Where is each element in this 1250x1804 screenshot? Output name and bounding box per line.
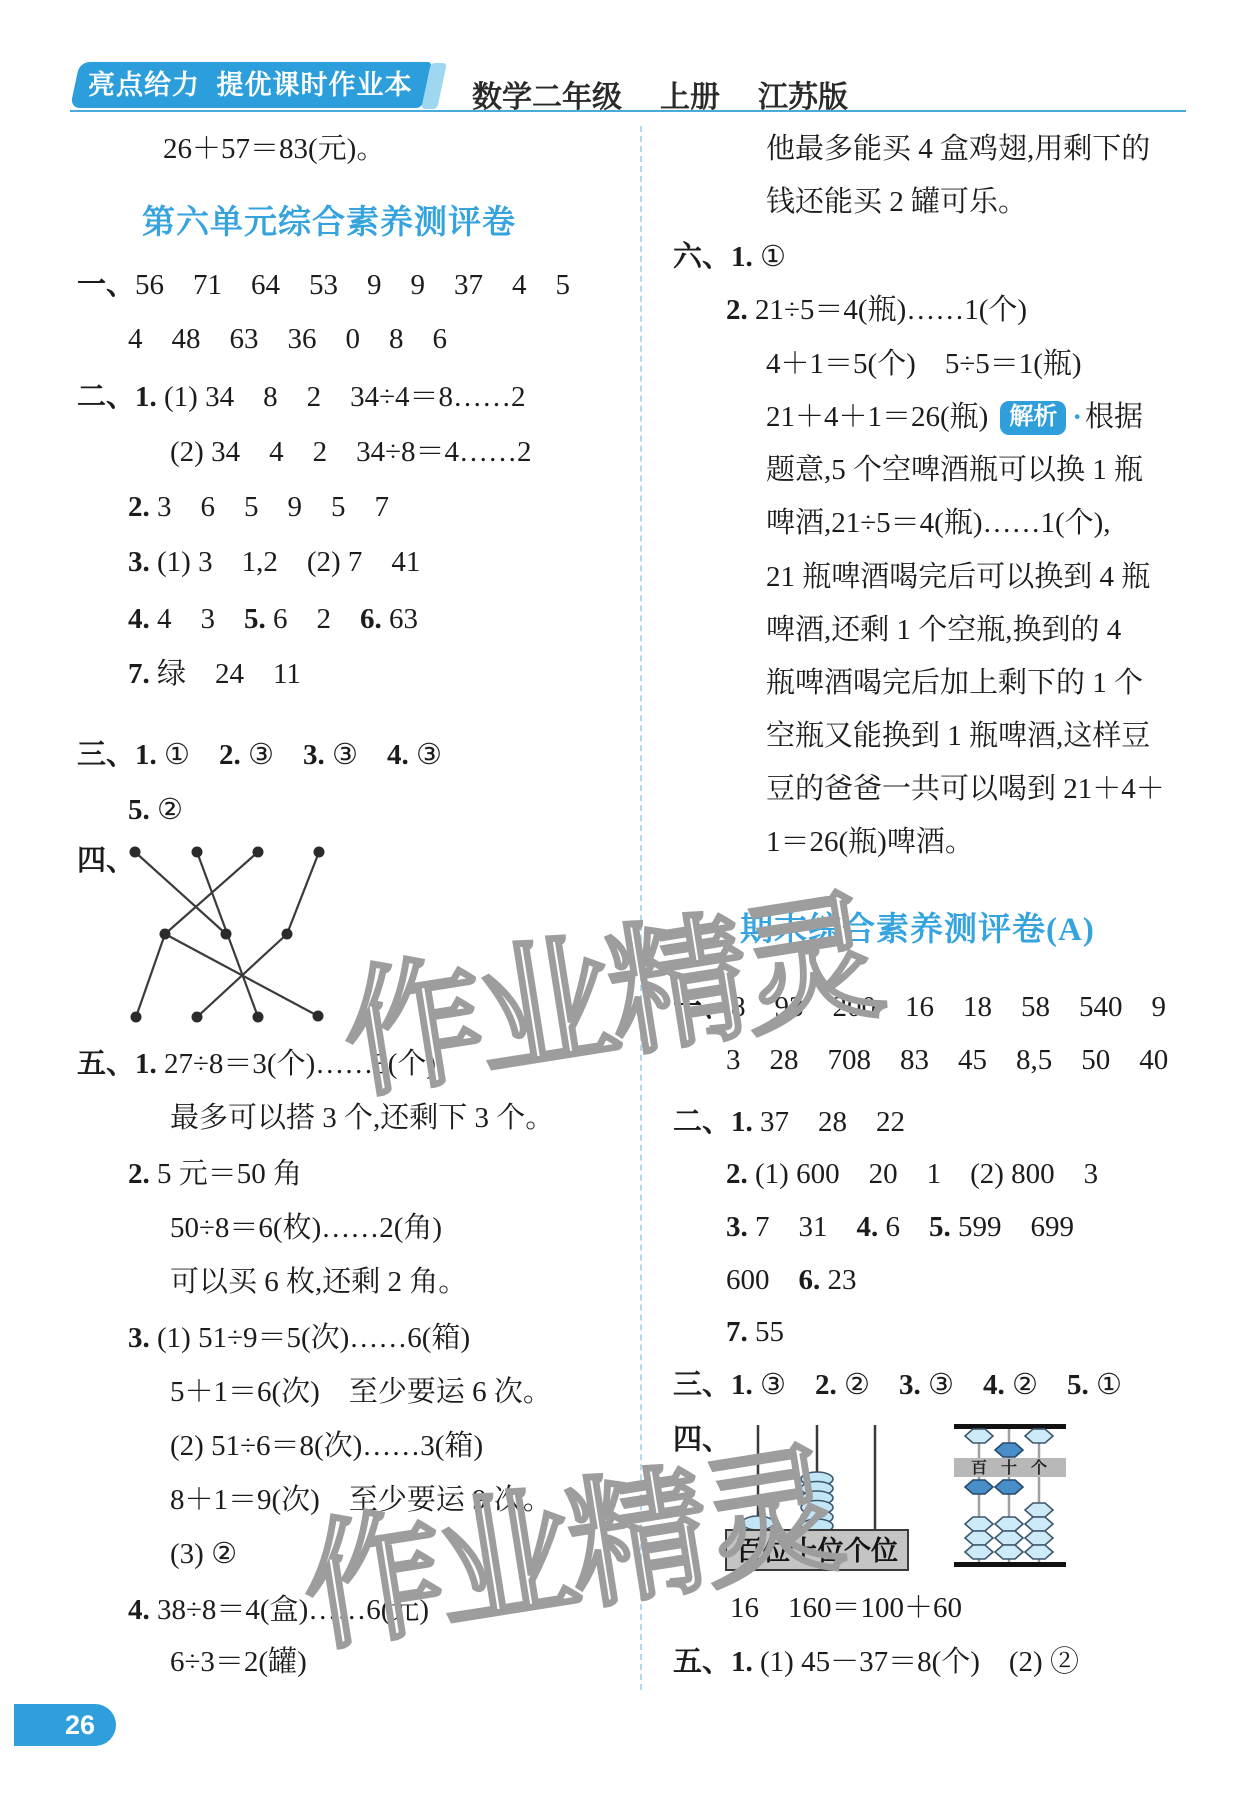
watermark-1: 作业精灵 (328, 844, 889, 1126)
answer-line: 1＝26(瓶)啤酒。 (766, 826, 974, 859)
page-number: 26 (65, 1710, 95, 1741)
section-heading-unit6: 第六单元综合素养测评卷 (142, 196, 516, 243)
answer-line: 最多可以搭 3 个,还剩下 3 个。 (170, 1102, 554, 1135)
counter-place-labels: 百位十位个位 (736, 1536, 898, 1566)
answer-line: 三、1. ③ 2. ② 3. ③ 4. ② 5. ① (673, 1369, 1122, 1402)
answer-line: 二、1. (1) 34 8 2 34÷4＝8……2 (77, 381, 526, 414)
answer-line: 六、1. ① (673, 241, 786, 274)
answer-line: 4. 38÷8＝4(盒)……6(元) (128, 1594, 429, 1627)
answer-line: 钱还能买 2 罐可乐。 (766, 186, 1027, 219)
answer-line: 21＋4＋1＝26(瓶)解析·根据 (766, 401, 1143, 435)
answer-line: 一、8 93 200 16 18 58 540 9 (673, 991, 1166, 1024)
answer-line: 四、 (77, 845, 135, 878)
edition-label: 江苏版 (758, 81, 848, 114)
answer-line: 3. (1) 3 1,2 (2) 7 41 (128, 546, 420, 579)
answer-line: 可以买 6 枚,还剩 2 角。 (170, 1266, 467, 1299)
answer-line: 7. 绿 24 11 (128, 658, 301, 691)
answer-line: 啤酒,21÷5＝4(瓶)……1(个), (766, 507, 1111, 540)
answer-line: 5＋1＝6(次) 至少要运 6 次。 (170, 1376, 552, 1409)
answer-line: 5. ② (128, 794, 183, 827)
book-subtitle: 数学二年级上册江苏版 (472, 72, 886, 116)
answer-line: (2) 51÷6＝8(次)……3(箱) (170, 1430, 483, 1463)
answer-line: 2. 21÷5＝4(瓶)……1(个) (726, 294, 1027, 327)
answer-line: 三、1. ① 2. ③ 3. ③ 4. ③ (77, 739, 442, 772)
answer-line: 3. (1) 51÷9＝5(次)……6(箱) (128, 1322, 470, 1355)
answer-line: 2. (1) 600 20 1 (2) 800 3 (726, 1158, 1098, 1191)
answer-line: 6÷3＝2(罐) (170, 1646, 307, 1679)
analysis-badge: 解析 (1000, 401, 1066, 435)
answer-line: 26＋57＝83(元)。 (163, 133, 385, 166)
column-divider (640, 126, 642, 1690)
abacus-col-hundreds: 百 (971, 1459, 987, 1477)
abacus-col-ones: 个 (1031, 1458, 1047, 1477)
workbook-answer-page: 亮点给力 提优课时作业本 数学二年级上册江苏版 第六单元综合素养测评卷 期末综合… (0, 0, 1250, 1804)
answer-line: 600 6. 23 (726, 1264, 857, 1297)
abacus-col-tens: 十 (1001, 1458, 1017, 1477)
answer-line: 3. 7 31 4. 6 5. 599 699 (726, 1211, 1074, 1244)
answer-line: 五、1. (1) 45－37＝8(个) (2) ② (673, 1646, 1079, 1679)
answer-line: 2. 3 6 5 9 5 7 (128, 491, 389, 524)
answer-line: 啤酒,还剩 1 个空瓶,换到的 4 (766, 614, 1121, 647)
answer-line: 题意,5 个空啤酒瓶可以换 1 瓶 (766, 454, 1143, 487)
answer-line: 4 48 63 36 0 8 6 (128, 323, 447, 356)
answer-line: 7. 55 (726, 1316, 784, 1349)
answer-line: 他最多能买 4 盒鸡翅,用剩下的 (766, 133, 1150, 166)
abacus-diagram: 百 十 个 (948, 1412, 1072, 1572)
subject-label: 数学二年级 (472, 81, 622, 114)
section-heading-final-a: 期末综合素养测评卷(A) (740, 903, 1095, 950)
answer-line: 2. 5 元＝50 角 (128, 1158, 302, 1191)
answer-line: 21 瓶啤酒喝完后可以换到 4 瓶 (766, 561, 1150, 594)
answer-line: (3) ② (170, 1538, 237, 1571)
answer-line: 四、 (673, 1424, 731, 1457)
answer-line: (2) 34 4 2 34÷8＝4……2 (170, 436, 531, 469)
answer-line: 一、56 71 64 53 9 9 37 4 5 (77, 269, 570, 302)
answer-line: 空瓶又能换到 1 瓶啤酒,这样豆 (766, 720, 1150, 753)
answer-line: 五、1. 27÷8＝3(个)……3(个) (77, 1048, 436, 1081)
page-number-badge: 26 (14, 1704, 116, 1746)
answer-line: 8＋1＝9(次) 至少要运 9 次。 (170, 1484, 552, 1517)
answer-line: 16 160＝100＋60 (730, 1592, 962, 1625)
answer-line: 二、1. 37 28 22 (673, 1106, 905, 1139)
matching-lines-diagram (105, 826, 345, 1031)
answer-line: 4＋1＝5(个) 5÷5＝1(瓶) (766, 348, 1082, 381)
brand-banner-title: 亮点给力 提优课时作业本 (70, 62, 422, 108)
answer-line: 3 28 708 83 45 8,5 50 40 (726, 1044, 1168, 1077)
volume-label: 上册 (660, 81, 720, 114)
answer-line: 瓶啤酒喝完后加上剩下的 1 个 (766, 667, 1143, 700)
answer-line: 豆的爸爸一共可以喝到 21＋4＋ (766, 773, 1165, 806)
answer-line: 50÷8＝6(枚)……2(角) (170, 1212, 442, 1245)
answer-line: 4. 4 3 5. 6 2 6. 63 (128, 603, 418, 636)
brand-banner: 亮点给力 提优课时作业本 (70, 62, 422, 108)
